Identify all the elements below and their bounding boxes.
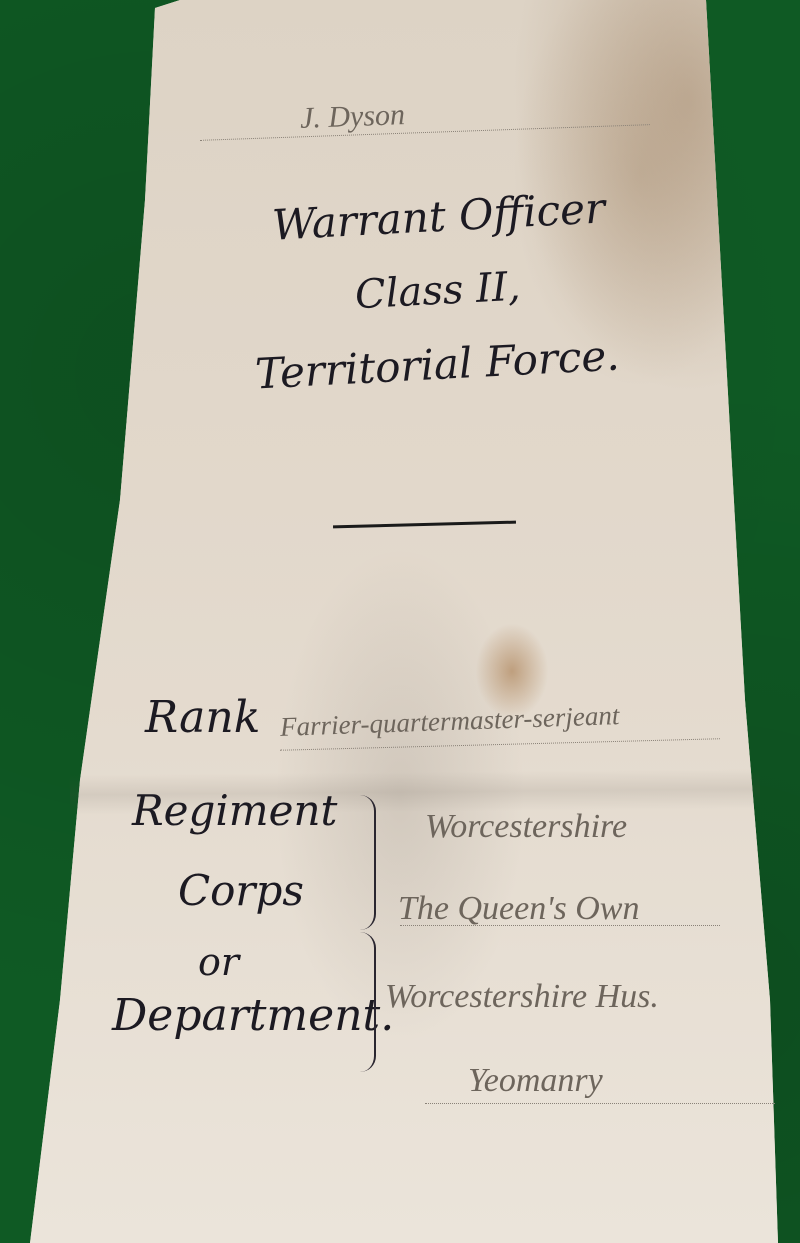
corps-label: Corps [178, 866, 304, 915]
document-paper [0, 0, 800, 1243]
unit-value-1: Worcestershire [425, 808, 627, 846]
brace-lower [360, 932, 376, 1072]
title-line-2: Class II, [354, 264, 522, 319]
unit-value-3: Worcestershire Hus. [385, 978, 659, 1016]
unit-value-4: Yeomanry [468, 1062, 603, 1100]
rank-label: Rank [145, 692, 260, 743]
brace-upper [360, 795, 376, 930]
regiment-label: Regiment [132, 786, 337, 835]
department-label: Department. [112, 990, 394, 1041]
or-label: or [198, 940, 239, 984]
holder-name: J. Dyson [299, 98, 405, 136]
unit-value-2: The Queen's Own [398, 890, 639, 928]
unit-dotted-line-4 [425, 1103, 775, 1104]
